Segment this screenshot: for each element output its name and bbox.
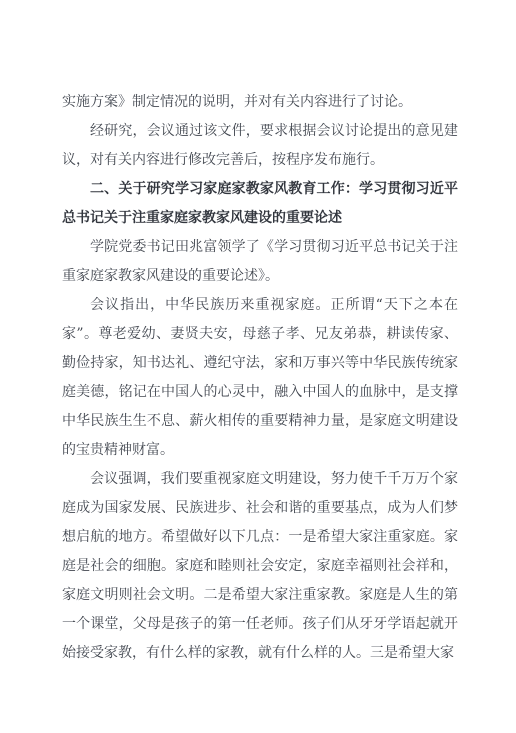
- document-page: 实施方案》制定情况的说明，并对有关内容进行了讨论。经研究，会议通过该文件，要求根…: [0, 0, 516, 733]
- paragraph: 经研究，会议通过该文件，要求根据会议讨论提出的意见建议，对有关内容进行修改完善后…: [62, 117, 458, 175]
- paragraph: 实施方案》制定情况的说明，并对有关内容进行了讨论。: [62, 88, 458, 117]
- paragraph: 会议指出，中华民族历来重视家庭。正所谓“天下之本在家”。尊老爱幼、妻贤夫安，母慈…: [62, 291, 458, 465]
- document-text-block: 实施方案》制定情况的说明，并对有关内容进行了讨论。经研究，会议通过该文件，要求根…: [62, 88, 458, 668]
- paragraph: 会议强调，我们要重视家庭文明建设，努力使千千万万个家庭成为国家发展、民族进步、社…: [62, 465, 458, 668]
- section-heading: 二、关于研究学习家庭家教家风教育工作：学习贯彻习近平总书记关于注重家庭家教家风建…: [62, 175, 458, 233]
- paragraph: 学院党委书记田兆富领学了《学习贯彻习近平总书记关于注重家庭家教家风建设的重要论述…: [62, 233, 458, 291]
